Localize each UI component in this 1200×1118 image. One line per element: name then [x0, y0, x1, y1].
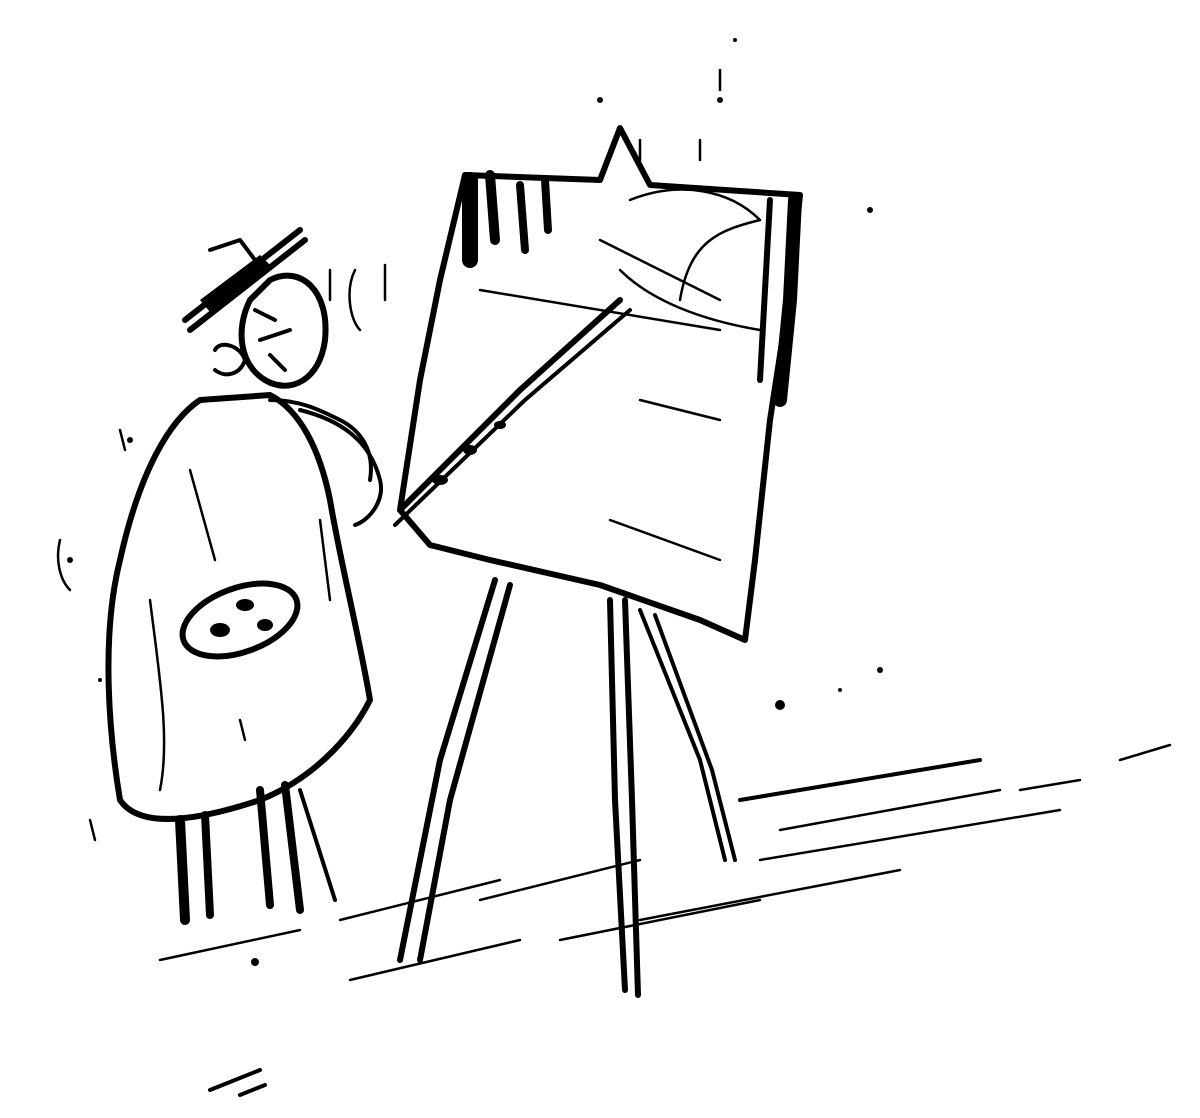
easel	[395, 128, 800, 995]
painter	[108, 230, 381, 920]
sketch-canvas: Black ink sketch of a painter in a smock…	[0, 0, 1200, 1118]
painter-at-easel-illustration: Black ink sketch of a painter in a smock…	[0, 0, 1200, 1118]
ground-strokes	[160, 745, 1170, 1095]
